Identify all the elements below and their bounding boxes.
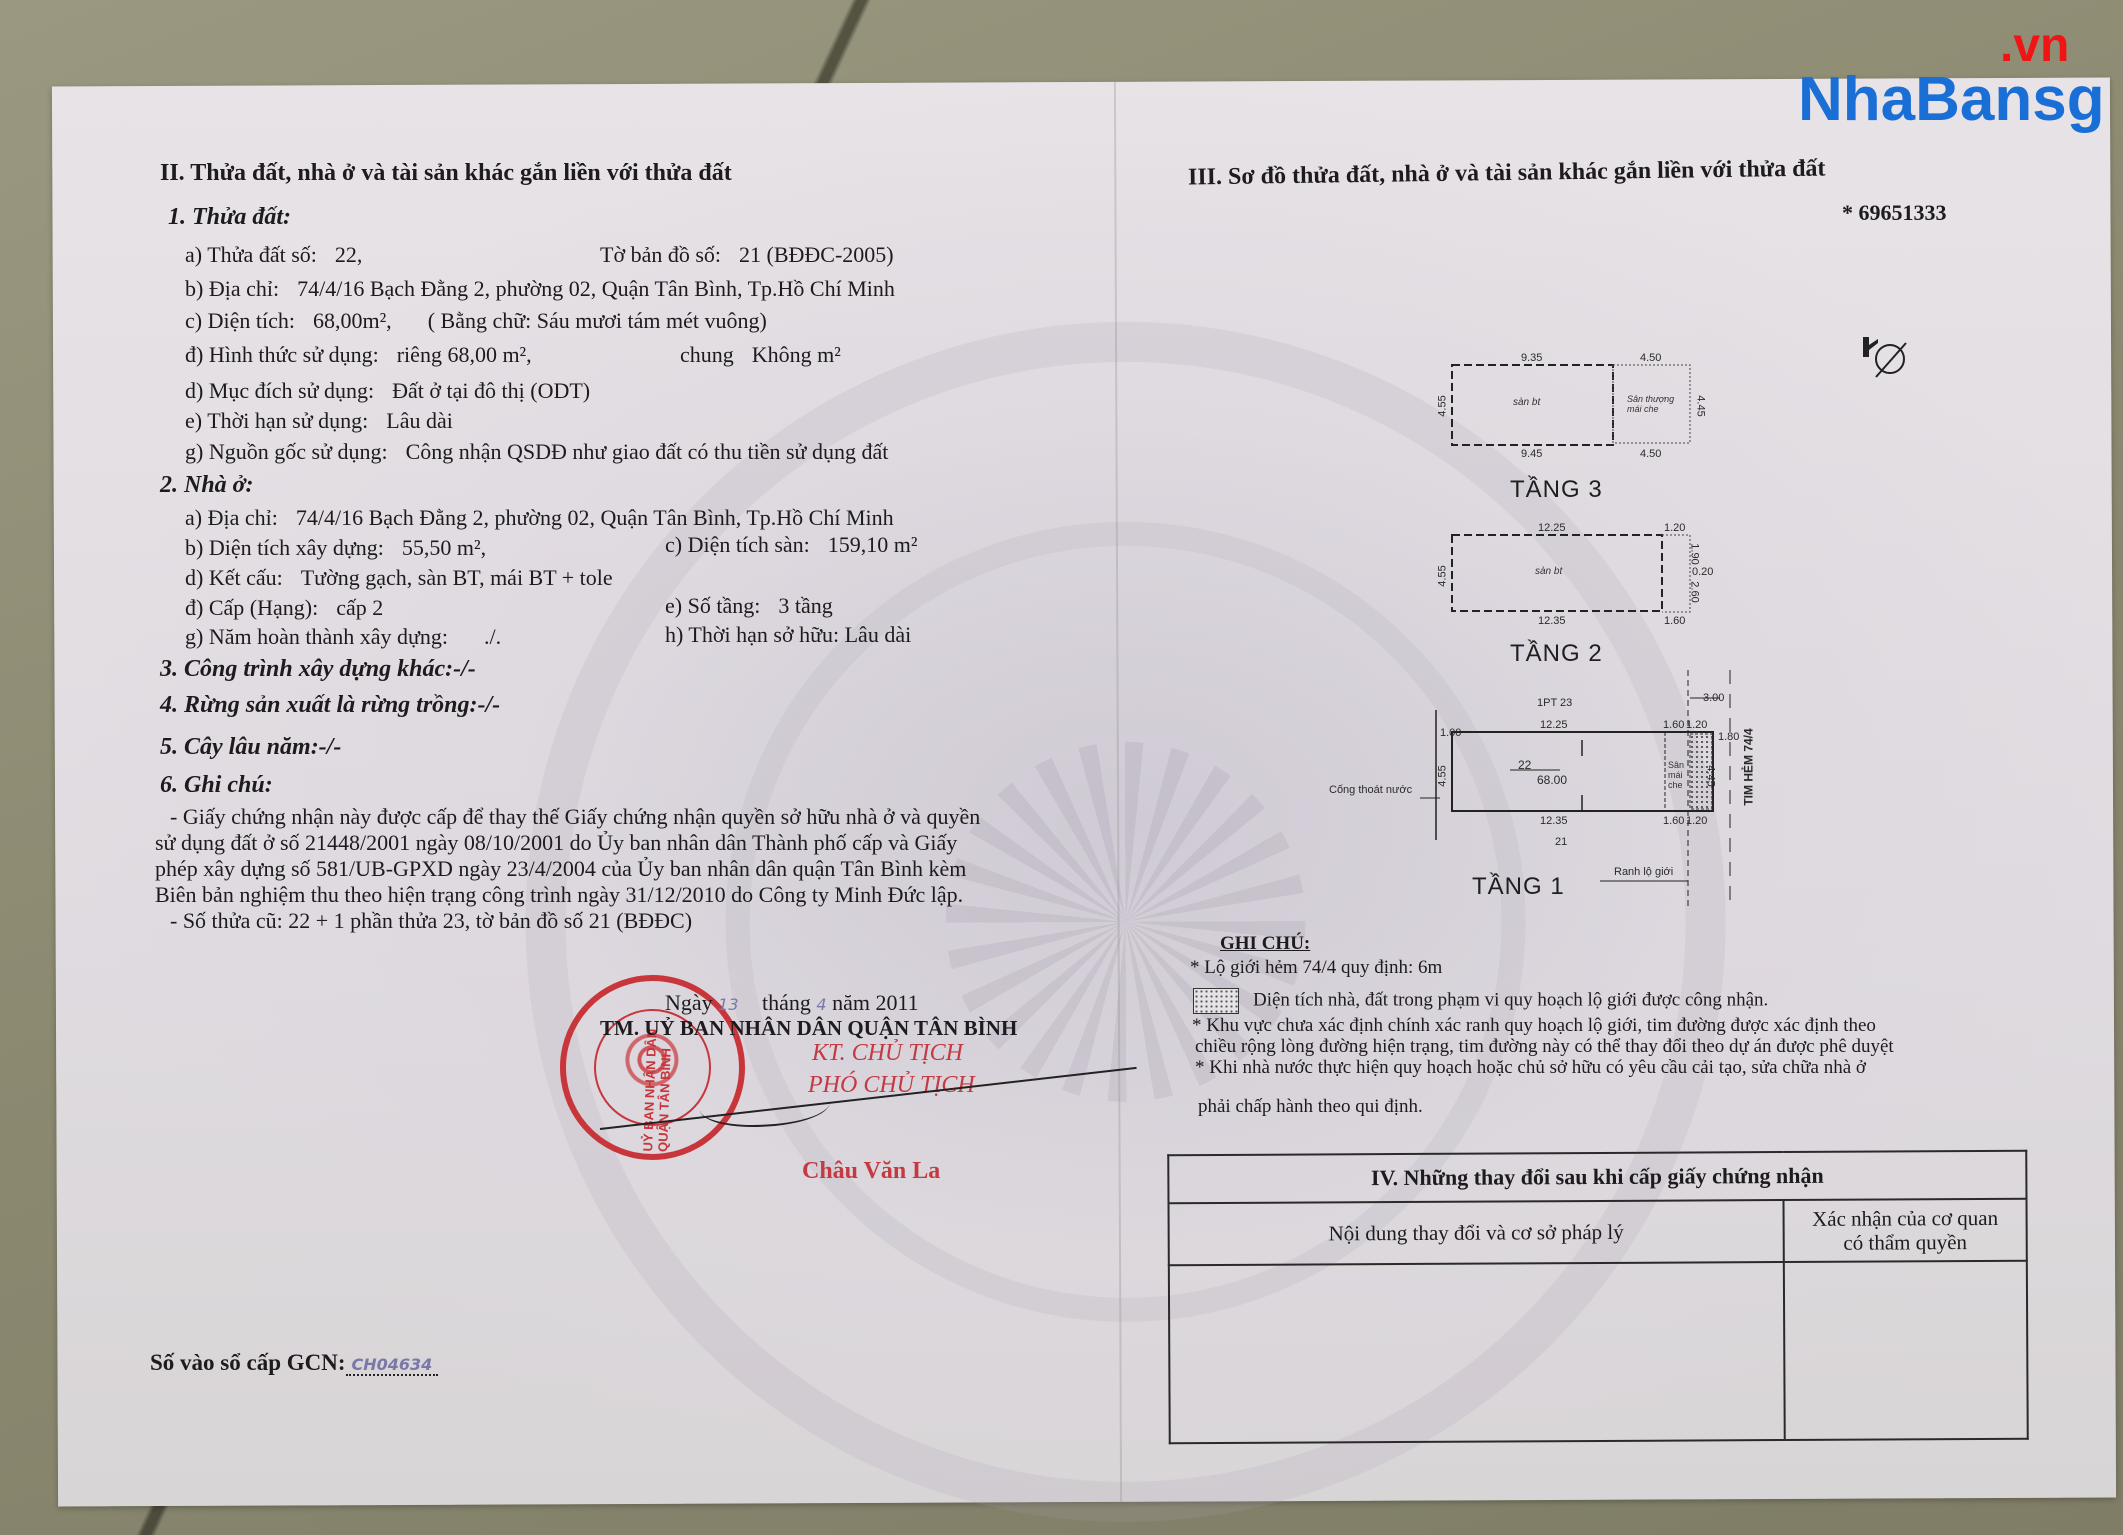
f3-dim-right: 4.45: [1695, 395, 1707, 416]
date-prefix: Ngày: [665, 990, 713, 1015]
f2-dim-bottom-main: 12.35: [1538, 615, 1566, 627]
registry-label: Số vào sổ cấp GCN:: [150, 1350, 346, 1375]
f2-dim-right-c: 2.60: [1689, 581, 1701, 602]
ownership-term-label: h) Thời hạn sở hữu:: [665, 622, 839, 647]
f2-title: TẦNG 2: [1510, 640, 1603, 668]
ownership-term-row: h) Thời hạn sở hữu: Lâu dài: [665, 622, 911, 648]
logo-name: NhaBansg: [1798, 64, 2105, 135]
f3-room-2: Sân thượng mái che: [1627, 394, 1683, 414]
completed-value: ./.: [484, 624, 501, 649]
build-area-label: b) Diện tích xây dựng:: [185, 535, 384, 560]
f1-dim-right-offset: 1.80: [1718, 731, 1739, 743]
land-address-label: b) Địa chỉ:: [185, 276, 279, 301]
land-area-words: ( Bằng chữ: Sáu mươi tám mét vuông): [428, 308, 767, 333]
grade-label: đ) Cấp (Hạng):: [185, 595, 318, 620]
f3-dim-left: 4.55: [1437, 395, 1449, 416]
changes-confirmation-cell: [1784, 1261, 2028, 1440]
origin-row: g) Nguồn gốc sử dụng:Công nhận QSDĐ như …: [185, 439, 888, 465]
changes-col-confirmation-line2: có thẩm quyền: [1843, 1230, 1967, 1255]
changes-table-title: IV. Những thay đổi sau khi cấp giấy chứn…: [1168, 1151, 2026, 1203]
changes-table: IV. Những thay đổi sau khi cấp giấy chứn…: [1167, 1150, 2029, 1444]
usage-form-row: đ) Hình thức sử dụng:riêng 68,00 m²,: [185, 342, 532, 368]
parcel-no-row: a) Thửa đất số:22,: [185, 242, 362, 268]
parcel-no-label: a) Thửa đất số:: [185, 242, 317, 267]
floor-2-plan: [1452, 535, 1690, 612]
forest: 4. Rừng sản xuất là rừng trồng:-/-: [160, 692, 500, 719]
f1-dim-left-offset: 1.00: [1440, 727, 1461, 739]
f1-parcel-area: 68.00: [1537, 773, 1567, 787]
map-sheet-row: Tờ bản đồ số:21 (BĐĐC-2005): [600, 242, 894, 268]
purpose-label: d) Mục đích sử dụng:: [185, 378, 374, 403]
term-row: e) Thời hạn sử dụng:Lâu dài: [185, 408, 453, 434]
origin-label: g) Nguồn gốc sử dụng:: [185, 439, 388, 464]
diagram-note-3: * Khu vực chưa xác định chính xác ranh q…: [1192, 1015, 1876, 1037]
changes-col-content: Nội dung thay đổi và cơ sở pháp lý: [1169, 1200, 1784, 1265]
grade-value: cấp 2: [336, 595, 383, 620]
date-month-label: tháng: [762, 990, 811, 1015]
f1-neighbor-bottom: 21: [1555, 836, 1567, 848]
diagram-note-5: * Khi nhà nước thực hiện quy hoạch hoặc …: [1195, 1057, 1866, 1079]
serial-number: * 69651333: [1842, 200, 1947, 226]
floor-area-row: c) Diện tích sàn:159,10 m²: [665, 532, 918, 558]
section-ii-title: II. Thửa đất, nhà ở và tài sản khác gắn …: [160, 160, 732, 187]
build-area-row: b) Diện tích xây dựng:55,50 m²,: [185, 535, 486, 561]
structure-label: d) Kết cấu:: [185, 565, 283, 590]
f1-dim-bottom-ext2: 1.20: [1686, 815, 1707, 827]
f1-dim-top-ext2: 1.20: [1686, 719, 1707, 731]
date-year: năm 2011: [832, 990, 919, 1015]
land-area-row: c) Diện tích:68,00m²,( Bằng chữ: Sáu mươ…: [185, 308, 767, 334]
f1-dim-setback: 3.00: [1703, 692, 1724, 704]
f1-dim-left: 4.55: [1437, 765, 1449, 786]
floors-row: e) Số tầng:3 tầng: [665, 593, 833, 619]
hatched-area-legend-icon: [1193, 988, 1239, 1014]
f3-title: TẦNG 3: [1510, 476, 1603, 504]
changes-col-confirmation-line1: Xác nhận của cơ quan: [1812, 1206, 1998, 1231]
floor-area-value: 159,10 m²: [828, 532, 918, 557]
f1-neighbor-top: 1PT 23: [1537, 697, 1572, 709]
note-line-4: Biên bản nghiệm thu theo hiện trạng công…: [155, 882, 963, 908]
note-line-5: - Số thửa cũ: 22 + 1 phần thửa 23, tờ bả…: [170, 908, 692, 934]
house-heading: 2. Nhà ở:: [160, 472, 254, 499]
diagram-note-1: * Lộ giới hẻm 74/4 quy định: 6m: [1190, 957, 1442, 979]
f3-dim-bottom-ext: 4.50: [1640, 448, 1661, 460]
f1-parcel-label: 22: [1518, 758, 1531, 772]
signer-role-1: KT. CHỦ TỊCH: [812, 1040, 963, 1067]
issuing-authority: TM. UỶ BAN NHÂN DÂN QUẬN TÂN BÌNH: [600, 1016, 1017, 1041]
f1-alley-label: TIM HẺM 74/4: [1742, 728, 1756, 805]
f3-dim-top-main: 9.35: [1521, 352, 1542, 364]
f3-dim-bottom-main: 9.45: [1521, 448, 1542, 460]
f1-boundary-label: Ranh lộ giới: [1614, 866, 1673, 878]
f3-dim-top-ext: 4.50: [1640, 352, 1661, 364]
diagram-note-4: chiều rộng lòng đường hiện trạng, tim đư…: [1195, 1036, 1894, 1058]
f2-dim-left: 4.55: [1437, 565, 1449, 586]
f1-drain-label: Cống thoát nước: [1329, 784, 1412, 796]
diagram-notes-title: GHI CHÚ:: [1220, 933, 1310, 955]
f1-dim-top-main: 12.25: [1540, 719, 1568, 731]
f2-dim-bottom-ext: 1.60: [1664, 615, 1685, 627]
f2-dim-top-main: 12.25: [1538, 522, 1566, 534]
origin-value: Công nhận QSDĐ như giao đất có thu tiền …: [406, 439, 889, 464]
completed-row: g) Năm hoàn thành xây dựng:./.: [185, 624, 501, 650]
f1-room: Sân mái che: [1668, 760, 1690, 790]
issue-date: Ngày 13 tháng 4 năm 2011: [665, 990, 919, 1016]
land-area-label: c) Diện tích:: [185, 308, 295, 333]
floors-value: 3 tầng: [778, 593, 832, 618]
f1-dim-bottom-ext: 1.60: [1663, 815, 1684, 827]
house-address-label: a) Địa chỉ:: [185, 505, 278, 530]
floor-1-plan: [1420, 670, 1730, 910]
f1-dim-top-ext: 1.60: [1663, 719, 1684, 731]
parcel-no-value: 22,: [335, 242, 363, 267]
floor-area-label: c) Diện tích sàn:: [665, 532, 810, 557]
land-area-value: 68,00m²,: [313, 308, 392, 333]
floor-plans: [1420, 340, 1780, 920]
note-line-2: sử dụng đất ở số 21448/2001 ngày 08/10/2…: [155, 830, 957, 856]
registry-row: Số vào sổ cấp GCN:CH04634: [150, 1350, 438, 1376]
note-line-3: phép xây dựng số 581/UB-GPXD ngày 23/4/2…: [155, 856, 966, 882]
f1-title: TẦNG 1: [1472, 873, 1565, 901]
usage-shared-label: chung: [680, 342, 734, 367]
f2-room-1: sàn bt: [1535, 566, 1562, 577]
date-month: 4: [816, 995, 826, 1014]
f1-dim-bottom-main: 12.35: [1540, 815, 1568, 827]
f3-room-1: sàn bt: [1513, 397, 1540, 408]
perennial: 5. Cây lâu năm:-/-: [160, 734, 341, 761]
note-line-1: - Giấy chứng nhận này được cấp để thay t…: [170, 804, 980, 830]
f2-dim-right-a: 1.90: [1689, 543, 1701, 564]
other-works: 3. Công trình xây dựng khác:-/-: [160, 656, 476, 683]
land-address-row: b) Địa chỉ:74/4/16 Bạch Đằng 2, phường 0…: [185, 276, 895, 302]
floors-label: e) Số tầng:: [665, 593, 760, 618]
signer-name: Châu Văn La: [802, 1158, 940, 1185]
house-address-row: a) Địa chỉ:74/4/16 Bạch Đằng 2, phường 0…: [185, 505, 894, 531]
house-address-value: 74/4/16 Bạch Đằng 2, phường 02, Quận Tân…: [296, 505, 894, 530]
term-label: e) Thời hạn sử dụng:: [185, 408, 368, 433]
date-day: 13: [718, 995, 738, 1014]
build-area-value: 55,50 m²,: [402, 535, 486, 560]
page-fold: [1114, 82, 1122, 1502]
map-sheet-value: 21 (BĐĐC-2005): [739, 242, 894, 267]
usage-form-label: đ) Hình thức sử dụng:: [185, 342, 379, 367]
usage-private-value: riêng 68,00 m²,: [397, 342, 532, 367]
diagram-note-2: Diện tích nhà, đất trong phạm vi quy hoạ…: [1253, 989, 1768, 1010]
changes-content-cell: [1169, 1262, 1785, 1443]
land-heading: 1. Thửa đất:: [168, 204, 291, 231]
grade-row: đ) Cấp (Hạng):cấp 2: [185, 595, 383, 621]
purpose-value: Đất ở tại đô thị (ODT): [392, 378, 590, 403]
ownership-term-value: Lâu dài: [845, 622, 912, 647]
map-sheet-label: Tờ bản đồ số:: [600, 242, 721, 267]
structure-row: d) Kết cấu:Tường gạch, sàn BT, mái BT + …: [185, 565, 613, 591]
registry-value: CH04634: [346, 1355, 439, 1376]
north-arrow-icon: [1860, 335, 1910, 380]
diagram-note-6: phải chấp hành theo qui định.: [1198, 1096, 1423, 1118]
usage-shared-value: Không m²: [752, 342, 841, 367]
usage-shared-row: chungKhông m²: [680, 342, 841, 368]
land-address-value: 74/4/16 Bạch Đằng 2, phường 02, Quận Tân…: [297, 276, 895, 301]
f2-dim-top-ext: 1.20: [1664, 522, 1685, 534]
f2-dim-right-b: 0.20: [1692, 566, 1713, 578]
f1-dim-right: 4.45: [1705, 765, 1717, 786]
completed-label: g) Năm hoàn thành xây dựng:: [185, 624, 448, 649]
term-value: Lâu dài: [386, 408, 453, 433]
purpose-row: d) Mục đích sử dụng:Đất ở tại đô thị (OD…: [185, 378, 590, 404]
notes-heading: 6. Ghi chú:: [160, 772, 273, 799]
changes-col-confirmation: Xác nhận của cơ quan có thẩm quyền: [1783, 1199, 2026, 1262]
diagram-note-legend: Diện tích nhà, đất trong phạm vi quy hoạ…: [1193, 988, 1768, 1014]
structure-value: Tường gạch, sàn BT, mái BT + tole: [301, 565, 613, 590]
